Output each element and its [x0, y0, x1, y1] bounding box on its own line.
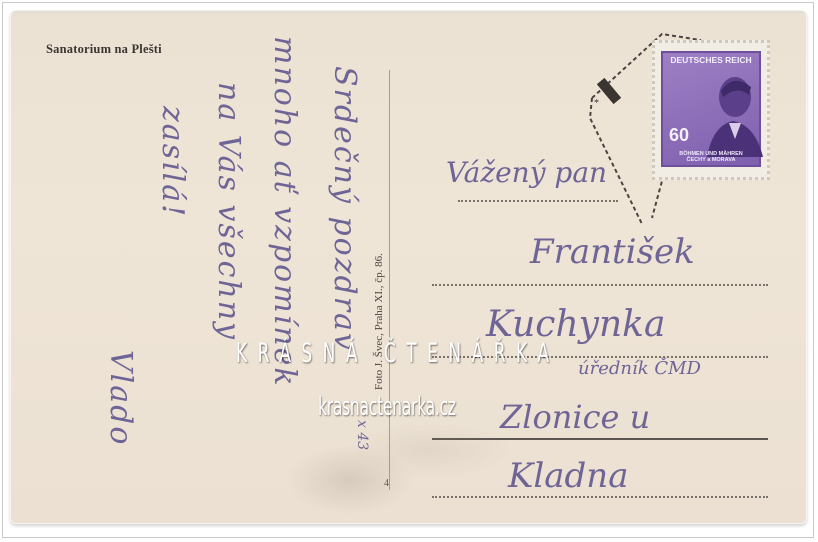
stamp-portrait-icon [703, 67, 763, 157]
address-rule-2 [432, 284, 768, 286]
message-line-4: zasílá! [155, 106, 190, 218]
stamp-footer-line-2: ČECHY a MORAVA [663, 157, 759, 163]
address-town: Zlonice u [500, 398, 650, 436]
postcard: Sanatorium na Plešti Foto J. Švec, Praha… [10, 10, 807, 524]
address-city: Kladna [508, 456, 628, 496]
watermark-url: krasnactenarka.cz [318, 392, 456, 422]
svg-text:*: * [594, 98, 599, 109]
address-occupation: úředník ČMD [578, 358, 701, 379]
center-divider [389, 70, 390, 490]
watermark-title: KRÁSNÁ ČTENÁŘKA [236, 338, 559, 369]
message-line-1: Srdečný pozdrav [327, 66, 362, 352]
stamp-header: DEUTSCHES REICH [663, 55, 759, 65]
margin-note: x 43 [354, 420, 370, 450]
message-line-2: mnoho ať vzpomínek [267, 36, 302, 388]
message-line-3: na Vás všechny [211, 82, 246, 341]
address-rule-4 [432, 438, 768, 440]
publisher-line: Foto J. Švec, Praha XI., čp. 86. [373, 253, 385, 390]
stamp-face: DEUTSCHES REICH 60 BÖHMEN UND MÄHREN ČEC… [661, 51, 761, 167]
page-number: 4 [384, 478, 389, 489]
postage-stamp: DEUTSCHES REICH 60 BÖHMEN UND MÄHREN ČEC… [652, 40, 770, 180]
stamp-footer: BÖHMEN UND MÄHREN ČECHY a MORAVA [663, 151, 759, 163]
message-signature: Vlado [103, 350, 138, 446]
address-rule-5 [432, 496, 768, 498]
postcard-caption: Sanatorium na Plešti [46, 42, 162, 57]
address-first-name: František [530, 232, 695, 272]
stamp-value: 60 [669, 125, 689, 146]
